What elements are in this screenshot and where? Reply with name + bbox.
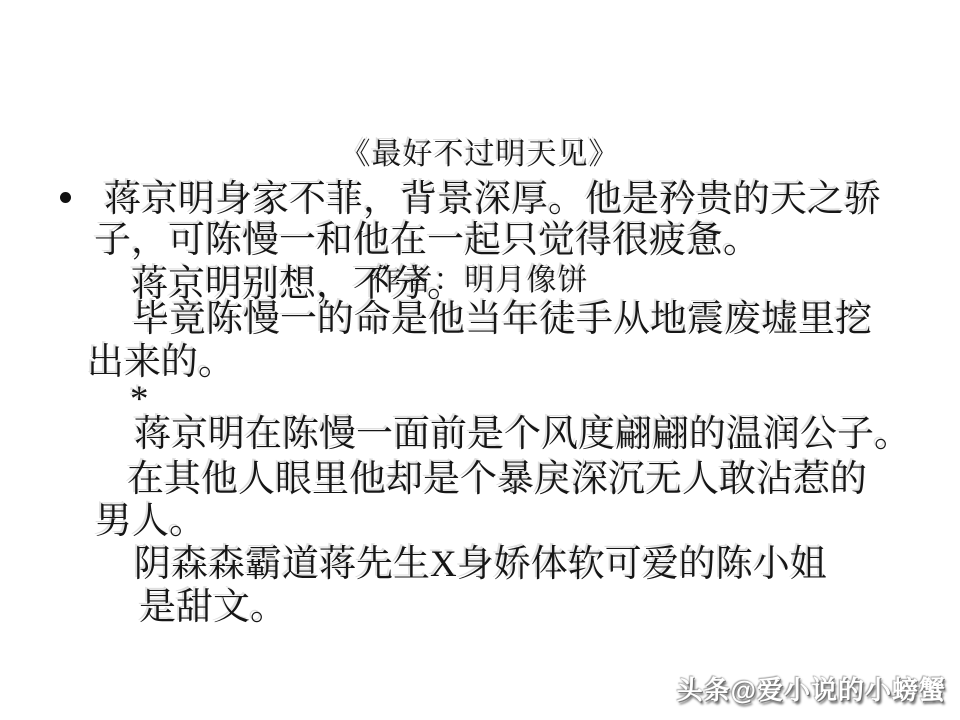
watermark-credit: 头条@爱小说的小螃蟹 <box>677 670 946 707</box>
slide-title: 《最好不过明天见》 <box>0 134 960 176</box>
body-line: 蒋京明在陈慢一面前是个风度翩翩的温润公子。 <box>134 413 911 456</box>
body-line: 子，可陈慢一和他在一起只觉得很疲惫。 <box>94 219 760 262</box>
body-line: 毕竟陈慢一的命是他当年徒手从地震废墟里挖 <box>132 298 872 341</box>
slide-canvas: 《最好不过明天见》 作者：明月像饼 蒋京明身家不菲，背景深厚。他是矜贵的天之骄 … <box>0 0 960 720</box>
body-line: 是甜文。 <box>139 586 287 629</box>
body-line: 蒋京明身家不菲，背景深厚。他是矜贵的天之骄 <box>104 178 881 221</box>
body-line: 男人。 <box>95 500 206 543</box>
body-line: 在其他人眼里他却是个暴戾深沉无人敢沾惹的 <box>127 458 867 501</box>
body-line: 阴森森霸道蒋先生X身娇体软可爱的陈小姐 <box>134 543 827 586</box>
bullet-marker-icon <box>60 192 71 203</box>
body-line: 出来的。 <box>87 341 235 384</box>
